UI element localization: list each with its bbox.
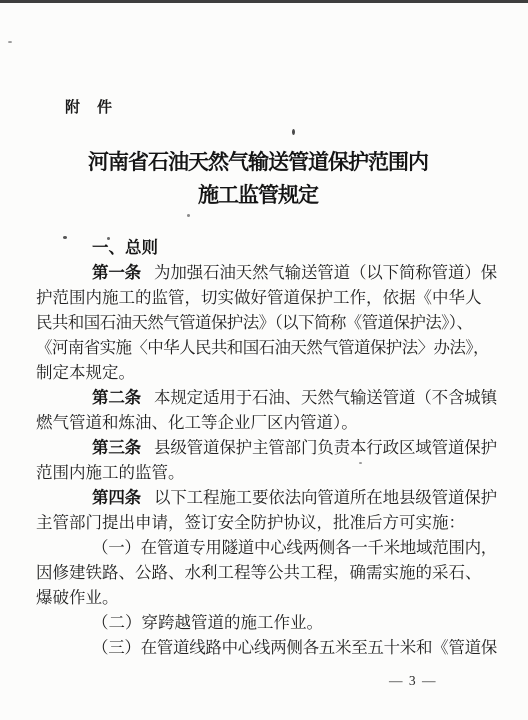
text-line: 主管部门提出申请，签订安全防护协议，批准后方可实施： xyxy=(36,513,465,533)
scan-speck xyxy=(8,41,12,43)
paragraph-start-line: 第二条本规定适用于石油、天然气输送管道（不含城镇 xyxy=(92,388,497,408)
scan-speck xyxy=(107,237,110,240)
article-number-label: 第二条 xyxy=(92,388,141,407)
scan-speck xyxy=(292,129,295,135)
title-line-2: 施工监管规定 xyxy=(0,179,516,212)
scan-speck xyxy=(359,462,362,464)
scan-speck xyxy=(187,214,190,217)
document-page: 附 件 河南省石油天然气输送管道保护范围内 施工监管规定 一、总则第一条为加强石… xyxy=(0,0,528,720)
text-line: 一、总则 xyxy=(92,238,158,258)
paragraph-start-line: 第四条以下工程施工要依法向管道所在地县级管道保护 xyxy=(92,488,497,508)
text-line: （二）穿跨越管道的施工作业。 xyxy=(92,613,323,633)
text-line: 范围内施工的监管。 xyxy=(36,463,185,483)
paragraph-start-line: 第一条为加强石油天然气输送管道（以下简称管道）保 xyxy=(92,263,497,283)
scan-edge-artifact xyxy=(0,0,528,3)
text-line: （一）在管道专用隧道中心线两侧各一千米地域范围内， xyxy=(92,538,497,558)
document-title: 河南省石油天然气输送管道保护范围内 施工监管规定 xyxy=(0,146,516,212)
article-number-label: 第三条 xyxy=(92,438,141,457)
text-line: 制定本规定。 xyxy=(36,363,135,383)
text-line: 《河南省实施〈中华人民共和国石油天然气管道保护法〉办法》， xyxy=(36,338,489,358)
text-line: 爆破作业。 xyxy=(36,588,119,608)
text-line: 燃气管道和炼油、化工等企业厂区内管道）。 xyxy=(36,413,358,433)
text-line: 民共和国石油天然气管道保护法》（以下简称《管道保护法》）、 xyxy=(36,313,472,333)
text-line: （三）在管道线路中心线两侧各五米至五十米和《管道保 xyxy=(92,638,497,658)
paragraph-start-line: 第三条县级管道保护主管部门负责本行政区域管道保护 xyxy=(92,438,497,458)
article-number-label: 第一条 xyxy=(92,263,141,282)
page-number: — 3 — xyxy=(389,673,437,689)
scan-speck xyxy=(63,236,67,239)
article-number-label: 第四条 xyxy=(92,488,141,507)
text-line: 护范围内施工的监管，切实做好管道保护工作，依据《中华人 xyxy=(36,288,482,308)
text-line: 因修建铁路、公路、水利工程等公共工程，确需实施的采石、 xyxy=(36,563,482,583)
title-line-1: 河南省石油天然气输送管道保护范围内 xyxy=(0,146,516,179)
attachment-label: 附 件 xyxy=(65,96,113,117)
